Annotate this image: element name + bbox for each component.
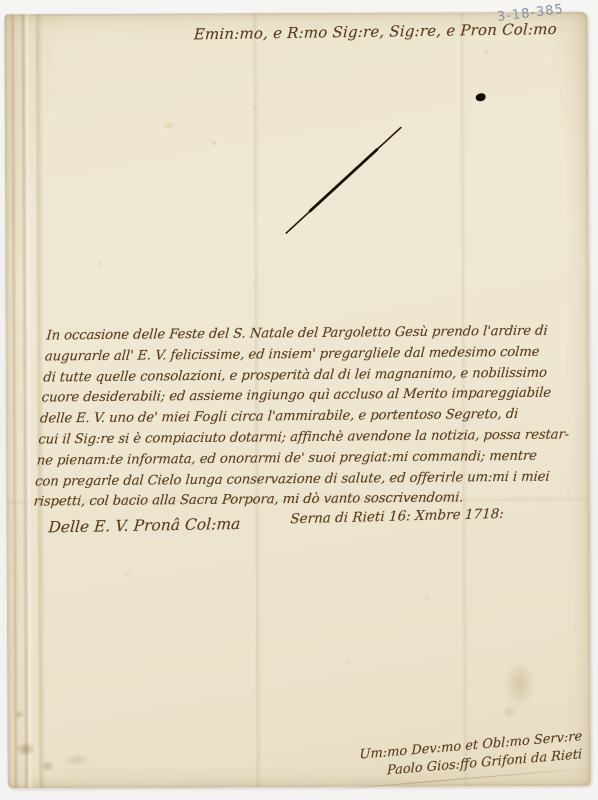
closing-line: Delle E. V. Pronâ Col:ma (48, 515, 241, 537)
paper-sheet: Emin:mo, e R:mo Sig:re, Sig:re, e Pron C… (4, 12, 590, 789)
scanned-letter: Emin:mo, e R:mo Sig:re, Sig:re, e Pron C… (0, 0, 598, 800)
signature-block: Um:mo Dev:mo et Obl:mo Serv:re Paolo Gio… (338, 728, 582, 784)
letter-body: In occasione delle Feste del S. Natale d… (33, 321, 580, 513)
ink-blot (476, 93, 486, 101)
